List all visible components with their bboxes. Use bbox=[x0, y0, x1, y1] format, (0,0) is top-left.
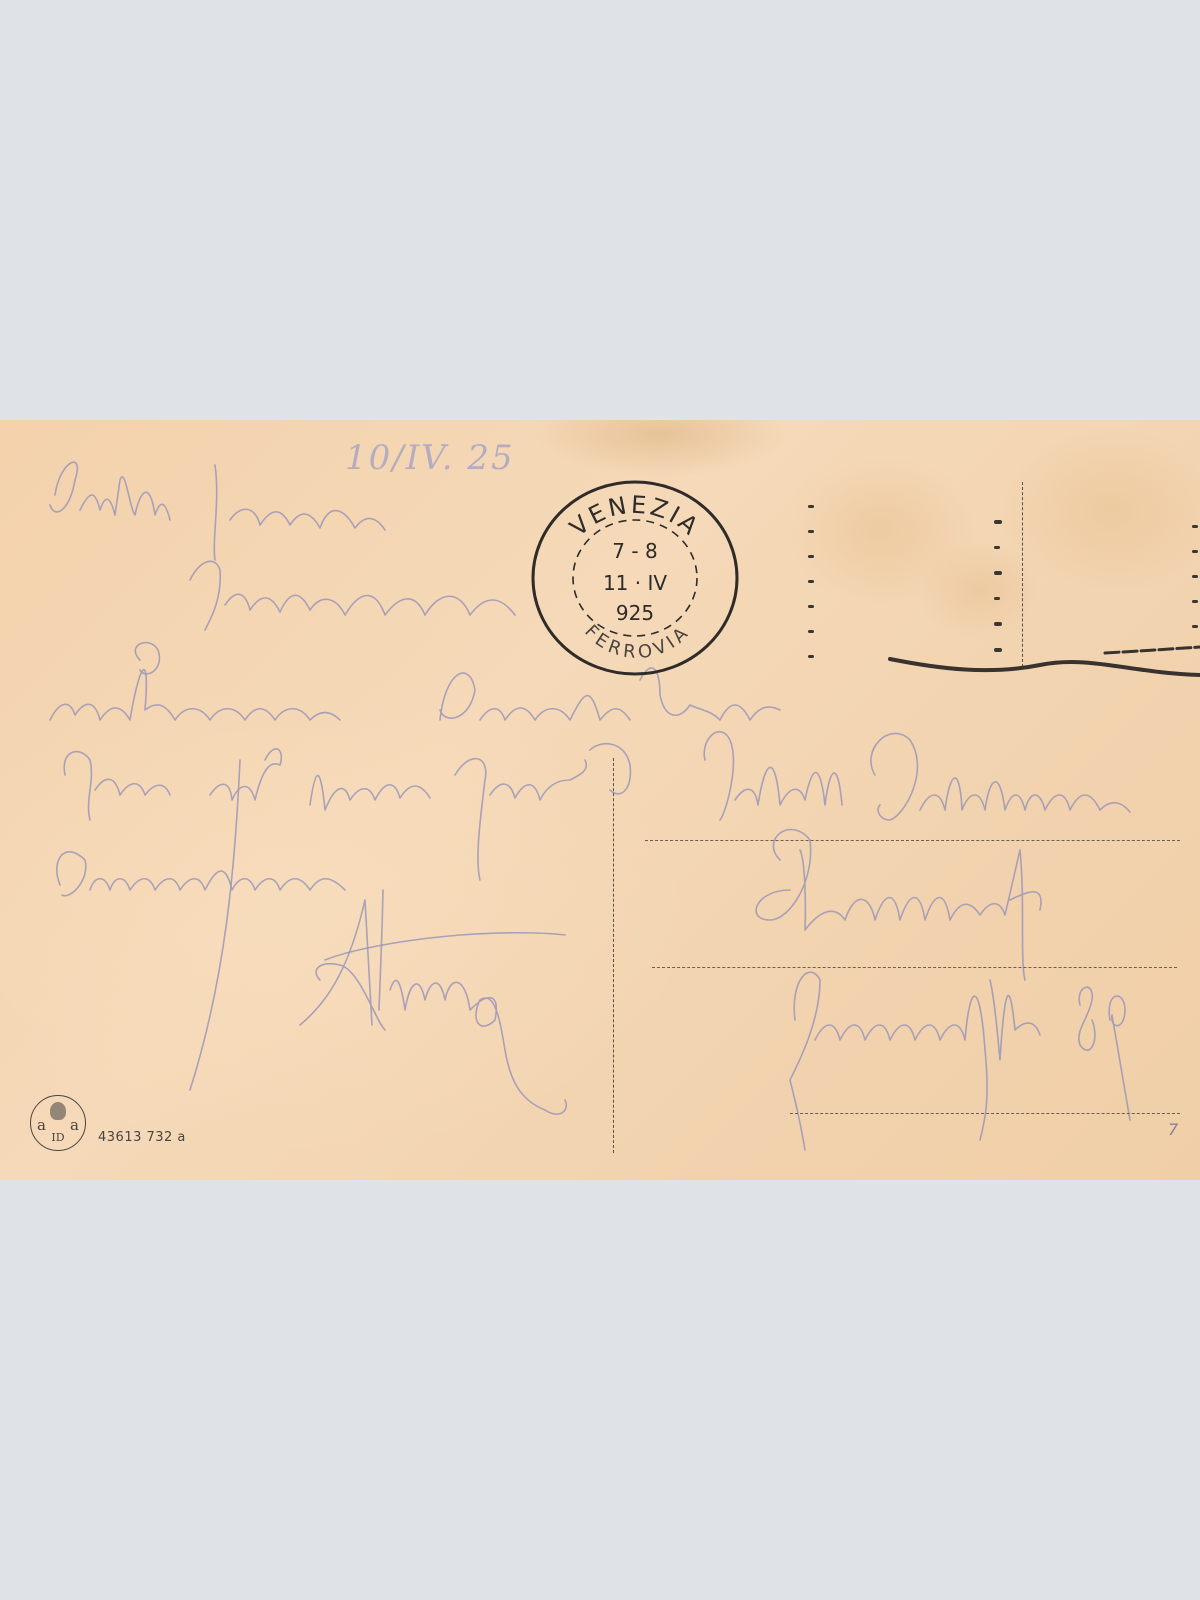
catalog-number: 43613 732 a bbox=[98, 1130, 186, 1145]
postmark-year: 925 bbox=[616, 601, 654, 625]
stamp-area-divider bbox=[1022, 482, 1023, 667]
postmark-time: 7 - 8 bbox=[612, 539, 657, 563]
cancellation-dots-left bbox=[808, 505, 814, 680]
logo-figure-icon bbox=[50, 1102, 66, 1120]
postcard-back: Liebste Freundin Heute im Frühling ... .… bbox=[0, 420, 1200, 1180]
address-line-2 bbox=[652, 967, 1177, 968]
publisher-logo: a a ID bbox=[30, 1095, 86, 1151]
logo-letter-right: a bbox=[70, 1116, 79, 1134]
venezia-postmark: VENEZIA 7 - 8 11 · IV 925 FERROVIA bbox=[530, 478, 740, 678]
logo-sub-text: ID bbox=[51, 1131, 64, 1144]
postmark-bottom: FERROVIA bbox=[580, 621, 695, 663]
logo-letter-left: a bbox=[37, 1116, 46, 1134]
message-address-divider bbox=[613, 758, 614, 1153]
svg-text:FERROVIA: FERROVIA bbox=[580, 621, 695, 663]
address-line-1 bbox=[645, 840, 1180, 841]
svg-text:VENEZIA: VENEZIA bbox=[564, 491, 705, 542]
cancellation-dots-right bbox=[1192, 525, 1198, 650]
address-line-3 bbox=[790, 1113, 1180, 1114]
page-mark: 7 bbox=[1168, 1120, 1178, 1139]
handwritten-date: 10/IV. 25 bbox=[345, 438, 515, 478]
postmark-date: 11 · IV bbox=[603, 571, 667, 595]
cancellation-wave-line bbox=[880, 645, 1200, 685]
postmark-city: VENEZIA bbox=[564, 491, 705, 542]
